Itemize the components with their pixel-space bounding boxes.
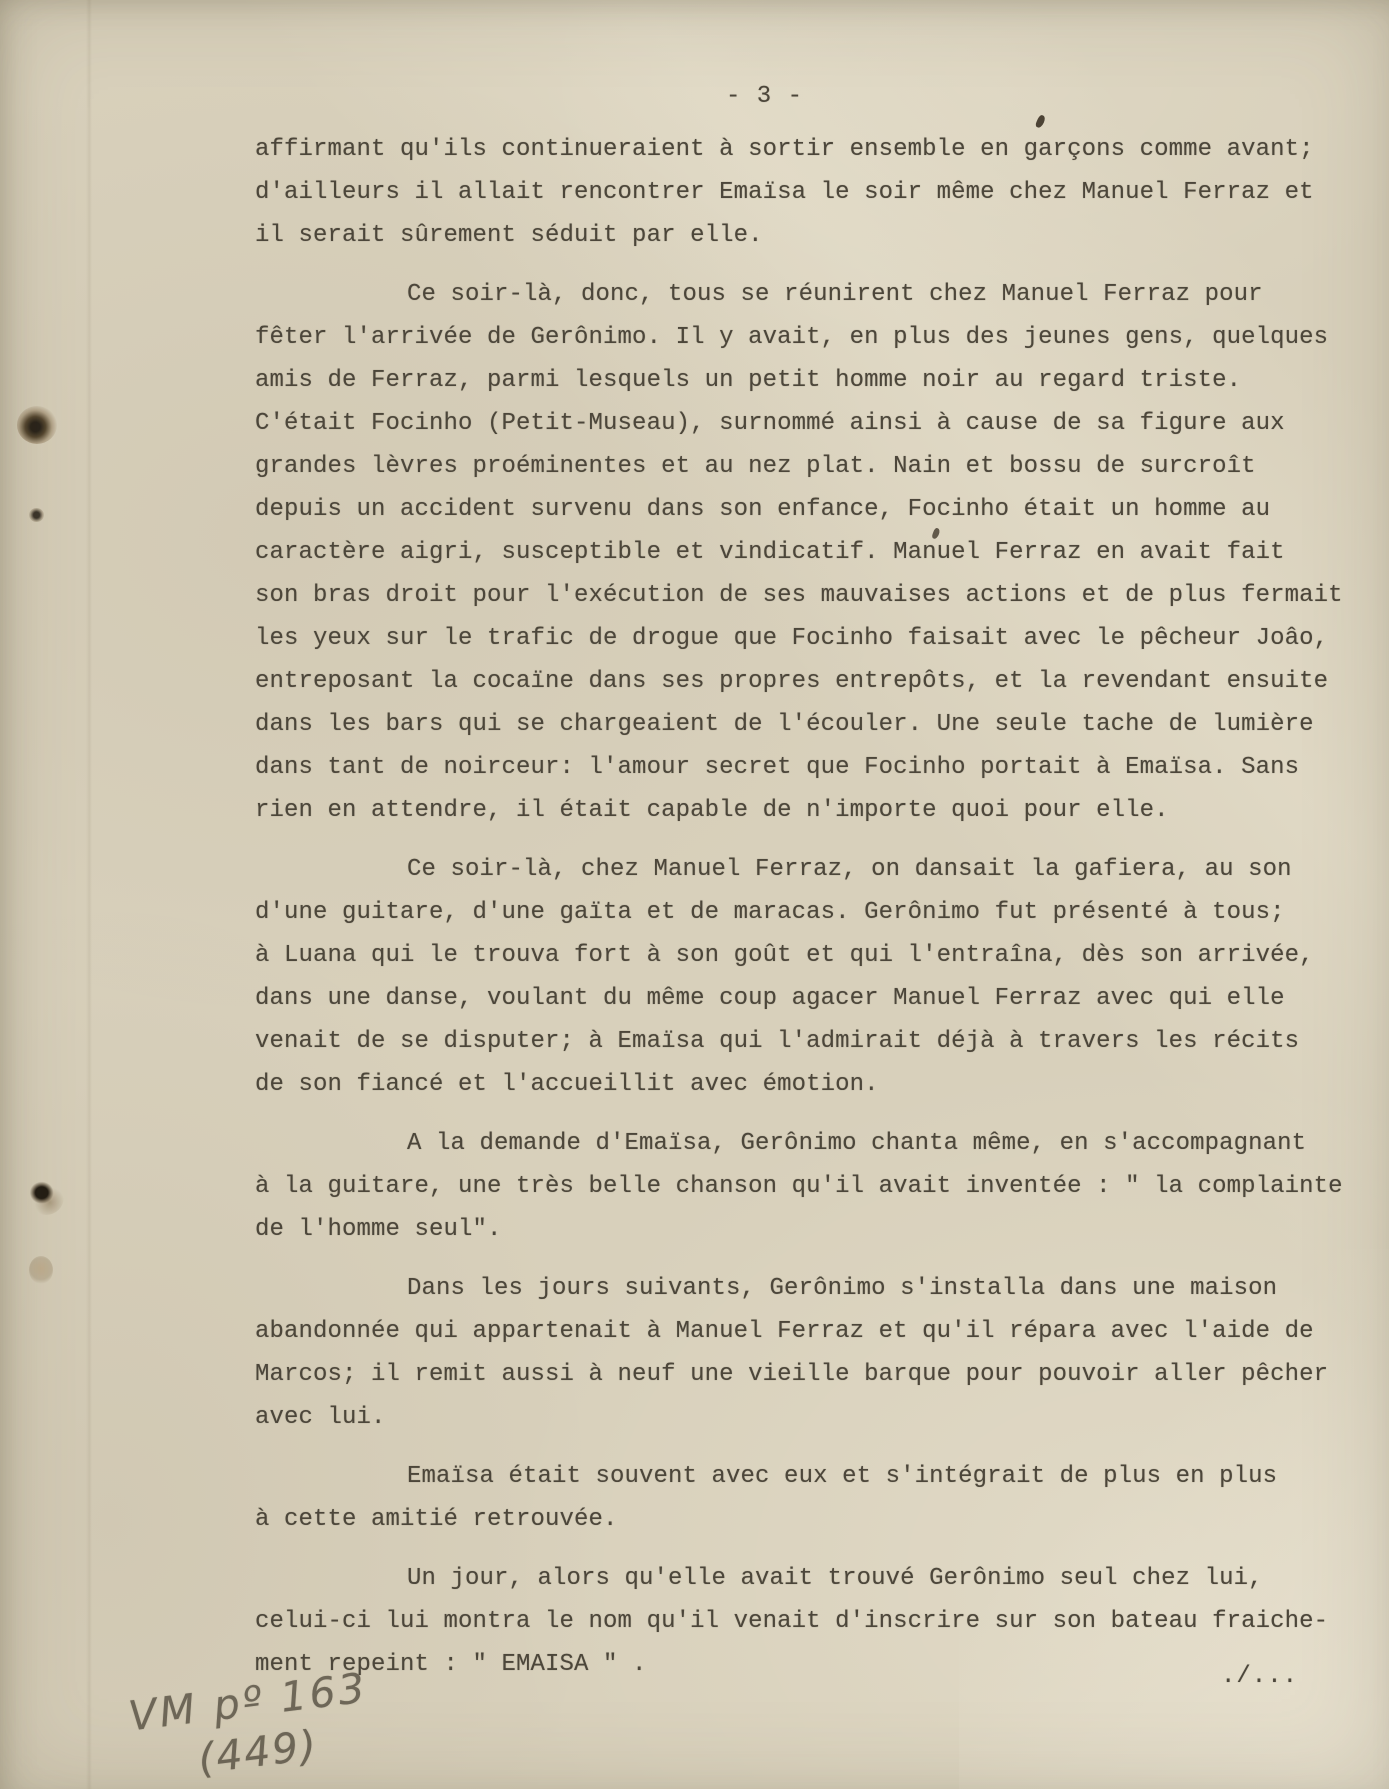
- text-line: à Luana qui le trouva fort à son goût et…: [255, 934, 1375, 977]
- paper-crease: [86, 0, 92, 1789]
- scanned-document-page: - 3 - affirmant qu'ils continueraient à …: [0, 0, 1389, 1789]
- paragraph: affirmant qu'ils continueraient à sortir…: [255, 128, 1375, 257]
- text-line: grandes lèvres proéminentes et au nez pl…: [255, 445, 1375, 488]
- text-line: depuis un accident survenu dans son enfa…: [255, 488, 1375, 531]
- text-line: avec lui.: [255, 1396, 1375, 1439]
- text-line: à la guitare, une très belle chanson qu'…: [255, 1165, 1375, 1208]
- text-line: affirmant qu'ils continueraient à sortir…: [255, 128, 1375, 171]
- paragraph: Un jour, alors qu'elle avait trouvé Gerô…: [255, 1557, 1375, 1686]
- text-line: entreposant la cocaïne dans ses propres …: [255, 660, 1375, 703]
- text-line: de son fiancé et l'accueillit avec émoti…: [255, 1063, 1375, 1106]
- text-line: dans tant de noirceur: l'amour secret qu…: [255, 746, 1375, 789]
- typed-text: affirmant qu'ils continueraient à sortir…: [255, 128, 1375, 1702]
- text-line: de l'homme seul".: [255, 1208, 1375, 1251]
- text-line: Un jour, alors qu'elle avait trouvé Gerô…: [255, 1557, 1375, 1600]
- text-line: d'ailleurs il allait rencontrer Emaïsa l…: [255, 171, 1375, 214]
- paragraph: Emaïsa était souvent avec eux et s'intég…: [255, 1455, 1375, 1541]
- text-line: Ce soir-là, donc, tous se réunirent chez…: [255, 273, 1375, 316]
- text-line: amis de Ferraz, parmi lesquels un petit …: [255, 359, 1375, 402]
- paper-stain: [29, 1256, 53, 1284]
- text-line: Marcos; il remit aussi à neuf une vieill…: [255, 1353, 1375, 1396]
- paragraph: Ce soir-là, chez Manuel Ferraz, on dansa…: [255, 848, 1375, 1106]
- text-line: ment repeint : " EMAISA " .: [255, 1643, 1375, 1686]
- text-line: dans les bars qui se chargeaient de l'éc…: [255, 703, 1375, 746]
- text-line: A la demande d'Emaïsa, Gerônimo chanta m…: [255, 1122, 1375, 1165]
- text-line: d'une guitare, d'une gaïta et de maracas…: [255, 891, 1375, 934]
- stray-ink-mark: [1035, 114, 1047, 129]
- ink-spot: [29, 508, 44, 522]
- text-line: son bras droit pour l'exécution de ses m…: [255, 574, 1375, 617]
- text-line: caractère aigri, susceptible et vindicat…: [255, 531, 1375, 574]
- text-line: C'était Focinho (Petit-Museau), surnommé…: [255, 402, 1375, 445]
- text-line: fêter l'arrivée de Gerônimo. Il y avait,…: [255, 316, 1375, 359]
- text-line: rien en attendre, il était capable de n'…: [255, 789, 1375, 832]
- text-line: les yeux sur le trafic de drogue que Foc…: [255, 617, 1375, 660]
- page-number: - 3 -: [726, 75, 803, 118]
- text-line: dans une danse, voulant du même coup aga…: [255, 977, 1375, 1020]
- text-line: venait de se disputer; à Emaïsa qui l'ad…: [255, 1020, 1375, 1063]
- ink-spot: [28, 1179, 64, 1215]
- text-line: il serait sûrement séduit par elle.: [255, 214, 1375, 257]
- text-line: Emaïsa était souvent avec eux et s'intég…: [255, 1455, 1375, 1498]
- text-line: Dans les jours suivants, Gerônimo s'inst…: [255, 1267, 1375, 1310]
- paragraph: A la demande d'Emaïsa, Gerônimo chanta m…: [255, 1122, 1375, 1251]
- paragraph: Ce soir-là, donc, tous se réunirent chez…: [255, 273, 1375, 832]
- ink-spot: [17, 406, 57, 444]
- continuation-mark: ./...: [1221, 1655, 1298, 1698]
- paragraph: Dans les jours suivants, Gerônimo s'inst…: [255, 1267, 1375, 1439]
- text-line: abandonnée qui appartenait à Manuel Ferr…: [255, 1310, 1375, 1353]
- text-line: à cette amitié retrouvée.: [255, 1498, 1375, 1541]
- text-line: Ce soir-là, chez Manuel Ferraz, on dansa…: [255, 848, 1375, 891]
- text-line: celui-ci lui montra le nom qu'il venait …: [255, 1600, 1375, 1643]
